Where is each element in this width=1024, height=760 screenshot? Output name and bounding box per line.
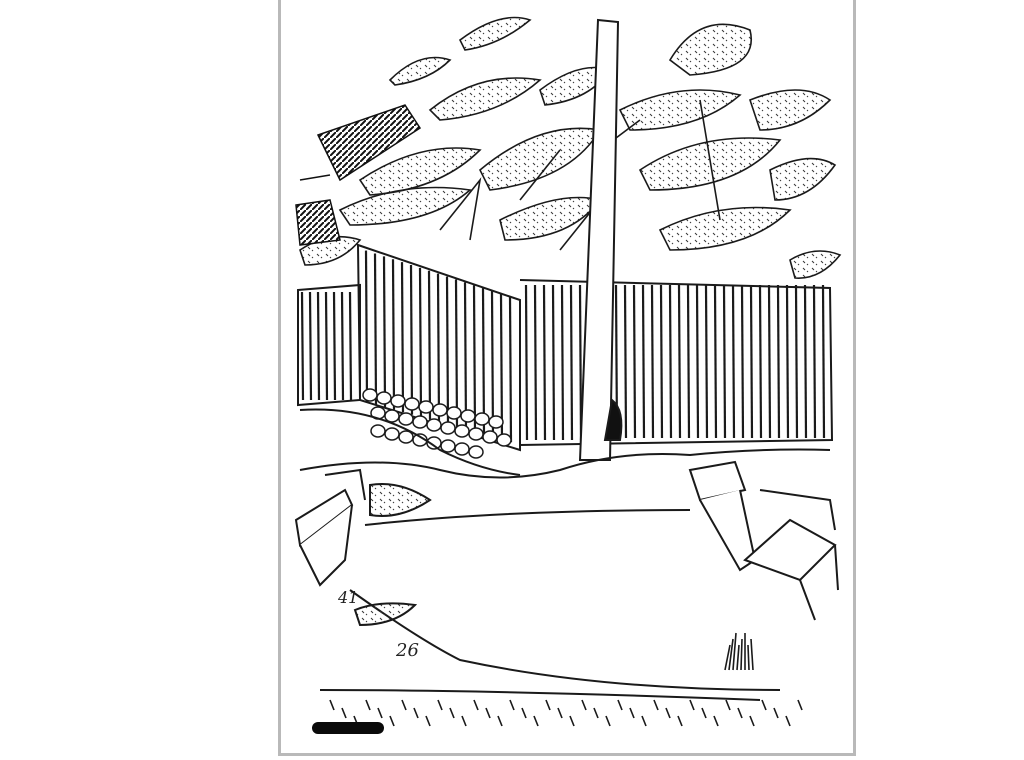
annotation-date: 26 xyxy=(396,640,419,661)
ink-smudge xyxy=(312,722,384,734)
right-bench xyxy=(690,462,838,620)
left-bench xyxy=(296,470,365,585)
annotation-number: 41 xyxy=(338,588,358,607)
pencil-sketch xyxy=(0,0,1024,760)
